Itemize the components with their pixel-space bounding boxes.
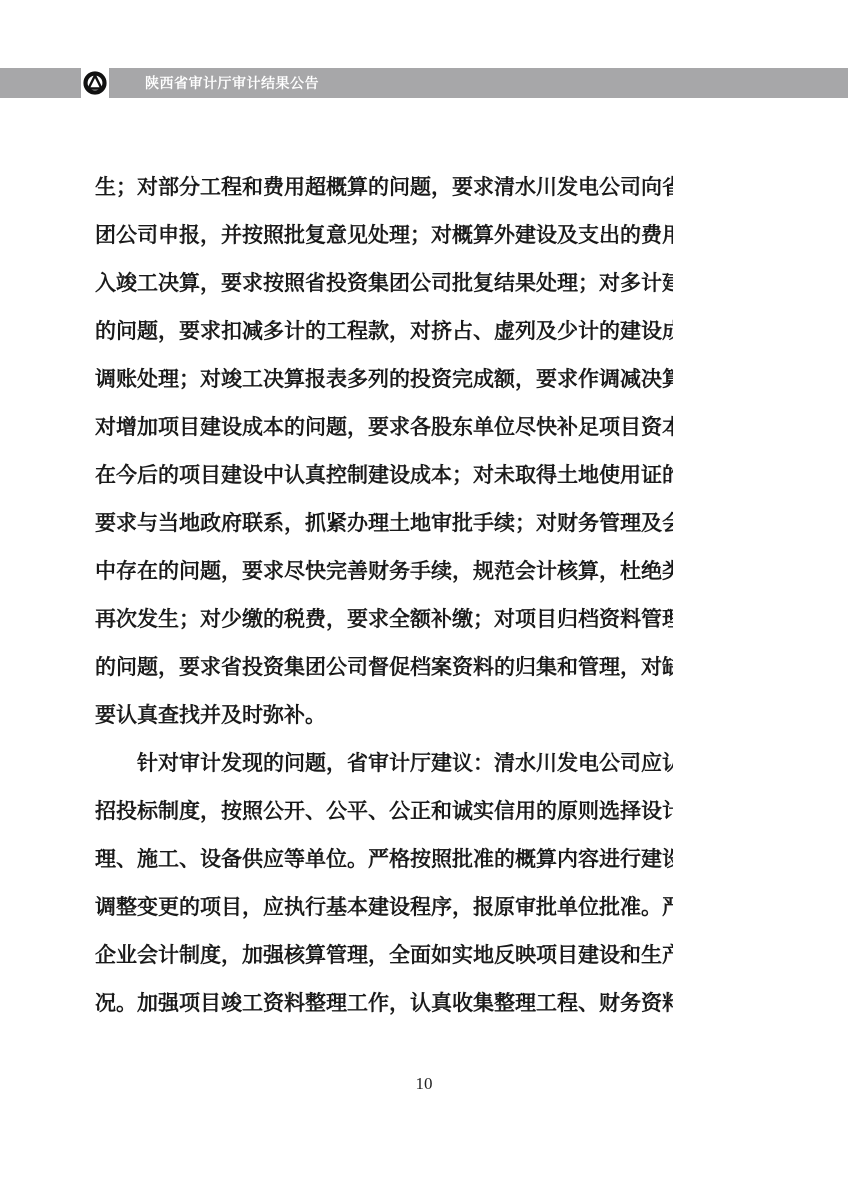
body-line: 调整变更的项目，应执行基本建设程序，报原审批单位批准。严格执行 [95, 883, 673, 931]
document-page: 陕西省审计厅审计结果公告 生；对部分工程和费用超概算的问题，要求清水川发电公司向… [0, 0, 848, 1200]
body-line: 入竣工决算，要求按照省投资集团公司批复结果处理；对多计建设成本 [95, 259, 673, 307]
header-bar: 陕西省审计厅审计结果公告 [0, 68, 848, 98]
body-line: 调账处理；对竣工决算报表多列的投资完成额，要求作调减决算处理； [95, 355, 673, 403]
body-line: 况。加强项目竣工资料整理工作，认真收集整理工程、财务资料，做好 [95, 979, 673, 1027]
header-title: 陕西省审计厅审计结果公告 [145, 68, 319, 98]
body-line: 的问题，要求省投资集团公司督促档案资料的归集和管理，对缺失资料 [95, 643, 673, 691]
body-line: 在今后的项目建设中认真控制建设成本；对未取得土地使用证的问题， [95, 451, 673, 499]
body-line: 理、施工、设备供应等单位。严格按照批准的概算内容进行建设，确需 [95, 835, 673, 883]
body-line: 再次发生；对少缴的税费，要求全额补缴；对项目归档资料管理不规范 [95, 595, 673, 643]
body-line: 团公司申报，并按照批复意见处理；对概算外建设及支出的费用暂不列 [95, 211, 673, 259]
body-line: 的问题，要求扣减多计的工程款，对挤占、虚列及少计的建设成本进行 [95, 307, 673, 355]
body-line: 要求与当地政府联系，抓紧办理土地审批手续；对财务管理及会计核算 [95, 499, 673, 547]
body-line: 招投标制度，按照公开、公平、公正和诚实信用的原则选择设计、监 [95, 787, 673, 835]
body-line-paragraph-start: 针对审计发现的问题，省审计厅建议：清水川发电公司应认真执行 [95, 739, 673, 787]
document-body: 生；对部分工程和费用超概算的问题，要求清水川发电公司向省投资集 团公司申报，并按… [95, 163, 673, 1027]
body-line: 中存在的问题，要求尽快完善财务手续，规范会计核算，杜绝类似问题 [95, 547, 673, 595]
body-line: 生；对部分工程和费用超概算的问题，要求清水川发电公司向省投资集 [95, 163, 673, 211]
body-line-paragraph-end: 要认真查找并及时弥补。 [95, 691, 673, 739]
page-number: 10 [0, 1074, 848, 1094]
body-line: 对增加项目建设成本的问题，要求各股东单位尽快补足项目资本金，并 [95, 403, 673, 451]
body-line: 企业会计制度，加强核算管理，全面如实地反映项目建设和生产经营情 [95, 931, 673, 979]
audit-office-emblem-icon [83, 71, 107, 95]
